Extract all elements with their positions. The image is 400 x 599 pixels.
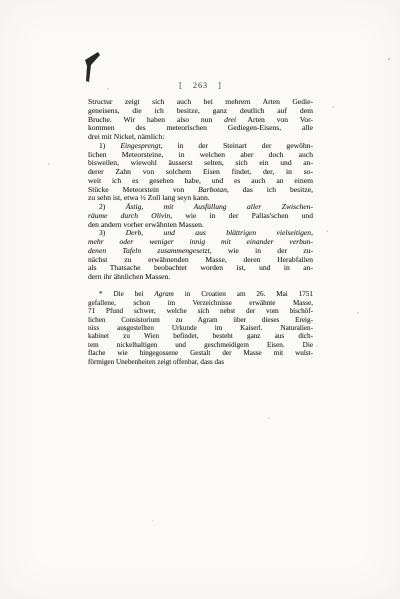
scan-speck [326, 230, 328, 232]
list-item-3-derb: 3) Derb, und aus blättrigen vielseitigen… [88, 229, 313, 282]
scan-speck [268, 417, 270, 419]
scan-speck [332, 106, 334, 108]
scan-speck [388, 58, 390, 60]
footnote-agram-meteorite: * Die bei Agram in Croatien am 26. Mai 1… [88, 290, 313, 366]
scanned-book-page: [ 263 ] Structur zeigt sich auch bei meh… [0, 0, 400, 599]
scan-speck [152, 520, 154, 522]
list-item-2-aestig: 2) Ästig, mit Ausfüllung aller Zwischen-… [88, 203, 313, 229]
paragraph-intro: Structur zeigt sich auch bei mehrern Art… [88, 98, 313, 142]
page-number: [ 263 ] [88, 81, 313, 90]
scan-speck [357, 312, 359, 314]
scan-speck [316, 345, 318, 347]
text-block: Structur zeigt sich auch bei mehrern Art… [88, 98, 313, 366]
list-item-1-eingesprengt: 1) Eingesprengt, in der Steinart der gew… [88, 142, 313, 203]
scan-speck [107, 88, 109, 90]
handwritten-ink-mark [83, 52, 105, 84]
scan-speck [48, 163, 50, 165]
